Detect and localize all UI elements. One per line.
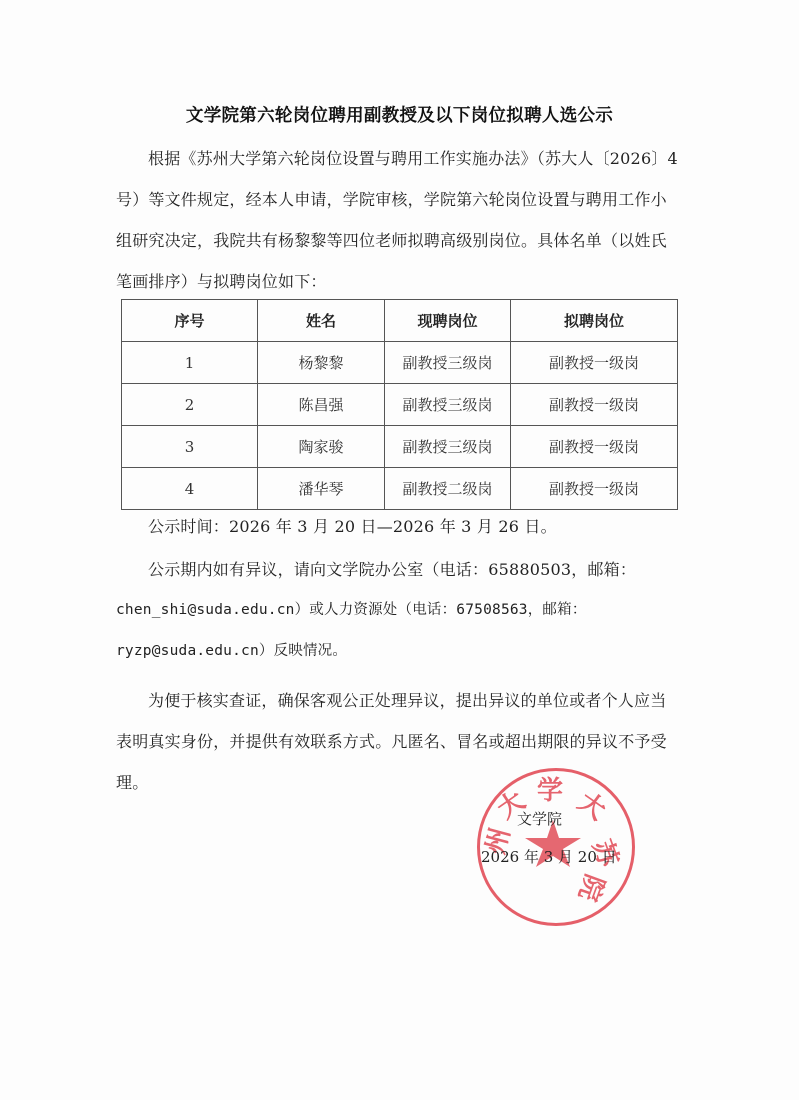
verification-paragraph: 为便于核实查证，确保客观公正处理异议，提出异议的单位或者个人应当 xyxy=(116,680,682,721)
objection-line: 公示期内如有异议，请向文学院办公室（电话：65880503，邮箱： xyxy=(116,549,682,590)
notice-period: 公示时间：2026 年 3 月 20 日—2026 年 3 月 26 日。 xyxy=(116,506,682,547)
signature-org: 文学院 xyxy=(517,808,562,829)
intro-line: 根据《苏州大学第六轮岗位设置与聘用工作实施办法》（苏大人〔2026〕4 xyxy=(116,138,682,179)
page-title: 文学院第六轮岗位聘用副教授及以下岗位拟聘人选公示 xyxy=(0,102,799,127)
cell-proposed-post: 副教授一级岗 xyxy=(511,384,678,426)
intro-line: 号）等文件规定，经本人申请，学院审核，学院第六轮岗位设置与聘用工作小 xyxy=(116,179,682,220)
objection-paragraph-cont: chen_shi@suda.edu.cn）或人力资源处（电话：67508563，… xyxy=(116,590,682,672)
header-current-post: 现聘岗位 xyxy=(385,300,511,342)
intro-paragraph-cont: 号）等文件规定，经本人申请，学院审核，学院第六轮岗位设置与聘用工作小 组研究决定… xyxy=(116,179,682,302)
seal-char: 学 xyxy=(537,770,563,807)
cell-index: 1 xyxy=(122,342,258,384)
table-row: 4 潘华琴 副教授二级岗 副教授一级岗 xyxy=(122,468,678,510)
cell-index: 4 xyxy=(122,468,258,510)
cell-current-post: 副教授三级岗 xyxy=(385,342,511,384)
header-index: 序号 xyxy=(122,300,258,342)
cell-name: 杨黎黎 xyxy=(258,342,385,384)
table-header-row: 序号 姓名 现聘岗位 拟聘岗位 xyxy=(122,300,678,342)
intro-line: 组研究决定，我院共有杨黎黎等四位老师拟聘高级别岗位。具体名单（以姓氏 xyxy=(116,220,682,261)
cell-current-post: 副教授三级岗 xyxy=(385,384,511,426)
objection-line-email-2: ryzp@suda.edu.cn）反映情况。 xyxy=(116,631,682,672)
cell-current-post: 副教授二级岗 xyxy=(385,468,511,510)
verification-line: 为便于核实查证，确保客观公正处理异议，提出异议的单位或者个人应当 xyxy=(116,680,682,721)
cell-name: 陶家骏 xyxy=(258,426,385,468)
cell-name: 陈昌强 xyxy=(258,384,385,426)
objection-paragraph: 公示期内如有异议，请向文学院办公室（电话：65880503，邮箱： xyxy=(116,549,682,590)
cell-index: 3 xyxy=(122,426,258,468)
cell-current-post: 副教授三级岗 xyxy=(385,426,511,468)
notice-period-text: 公示时间：2026 年 3 月 20 日—2026 年 3 月 26 日。 xyxy=(116,506,682,547)
intro-line: 笔画排序）与拟聘岗位如下： xyxy=(116,261,682,302)
cell-name: 潘华琴 xyxy=(258,468,385,510)
table-row: 2 陈昌强 副教授三级岗 副教授一级岗 xyxy=(122,384,678,426)
cell-proposed-post: 副教授一级岗 xyxy=(511,468,678,510)
table-row: 1 杨黎黎 副教授三级岗 副教授一级岗 xyxy=(122,342,678,384)
cell-proposed-post: 副教授一级岗 xyxy=(511,426,678,468)
signature-date: 2026 年 3 月 20 日 xyxy=(481,846,617,867)
table-row: 3 陶家骏 副教授三级岗 副教授一级岗 xyxy=(122,426,678,468)
cell-index: 2 xyxy=(122,384,258,426)
verification-line: 表明真实身份，并提供有效联系方式。凡匿名、冒名或超出期限的异议不予受 xyxy=(116,721,682,762)
objection-line-email-1: chen_shi@suda.edu.cn）或人力资源处（电话：67508563，… xyxy=(116,590,682,631)
cell-proposed-post: 副教授一级岗 xyxy=(511,342,678,384)
candidate-table: 序号 姓名 现聘岗位 拟聘岗位 1 杨黎黎 副教授三级岗 副教授一级岗 2 陈昌… xyxy=(121,299,678,510)
header-proposed-post: 拟聘岗位 xyxy=(511,300,678,342)
document-page: 文学院第六轮岗位聘用副教授及以下岗位拟聘人选公示 根据《苏州大学第六轮岗位设置与… xyxy=(0,0,799,1100)
intro-paragraph: 根据《苏州大学第六轮岗位设置与聘用工作实施办法》（苏大人〔2026〕4 xyxy=(116,138,682,179)
header-name: 姓名 xyxy=(258,300,385,342)
